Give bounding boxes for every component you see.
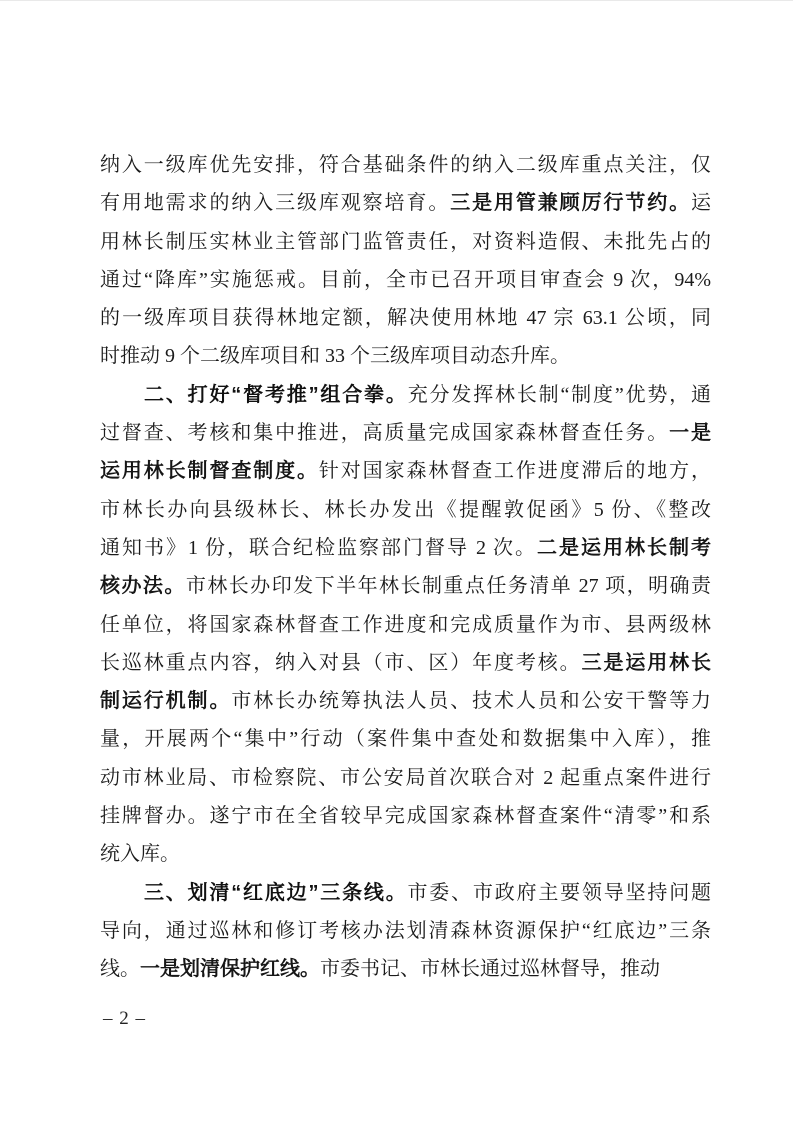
text-line: 纳入一级库优先安排，符合基础条件的纳入二级库重点关注，仅 (100, 146, 711, 184)
text-run: 市林长办印发下半年林长制重点任务清单 27 项，明确责 (186, 575, 711, 597)
text-run: 市林长办向县级林长、林长办发出《提醒敦促函》5 份、《整改 (100, 499, 711, 521)
emphasis-run: 运用林长制督查制度。 (100, 460, 319, 482)
text-run: 用林长制压实林业主管部门监管责任，对资料造假、未批先占的 (100, 231, 711, 253)
text-run: 纳入一级库优先安排，符合基础条件的纳入二级库重点关注，仅 (100, 154, 711, 176)
text-line: 统入库。 (100, 835, 711, 873)
text-line: 任单位，将国家森林督查工作进度和完成质量作为市、县两级林 (100, 606, 711, 644)
section-heading-run: 三、划清“红底边”三条线。 (144, 882, 408, 904)
emphasis-run: 一是 (669, 422, 711, 444)
text-line: 制运行机制。市林长办统筹执法人员、技术人员和公安干警等力 (100, 682, 711, 720)
emphasis-run: 制运行机制。 (100, 690, 231, 712)
text-run: 的一级库项目获得林地定额，解决使用林地 47 宗 63.1 公顷，同 (100, 307, 711, 329)
text-run: 长巡林重点内容，纳入对县（市、区）年度考核。 (100, 652, 582, 674)
text-run: 线。 (100, 958, 140, 980)
text-run: 时推动 9 个二级库项目和 33 个三级库项目动态升库。 (100, 345, 570, 367)
text-line: 线。一是划清保护红线。市委书记、市林长通过巡林督导，推动 (100, 950, 711, 988)
text-line: 量，开展两个“集中”行动（案件集中查处和数据集中入库），推 (100, 720, 711, 758)
text-run: 挂牌督办。遂宁市在全省较早完成国家森林督查案件“清零”和系 (100, 805, 711, 827)
text-run: 任单位，将国家森林督查工作进度和完成质量作为市、县两级林 (100, 614, 711, 636)
text-line: 用林长制压实林业主管部门监管责任，对资料造假、未批先占的 (100, 223, 711, 261)
text-run: 通知书》1 份，联合纪检监察部门督导 2 次。 (100, 537, 537, 559)
paragraph: 三、划清“红底边”三条线。市委、市政府主要领导坚持问题导向，通过巡林和修订考核办… (100, 874, 711, 989)
text-line: 核办法。市林长办印发下半年林长制重点任务清单 27 项，明确责 (100, 567, 711, 605)
text-run: 市林长办统筹执法人员、技术人员和公安干警等力 (231, 690, 711, 712)
document-page: 纳入一级库优先安排，符合基础条件的纳入二级库重点关注，仅有用地需求的纳入三级库观… (0, 0, 793, 1122)
section-heading-run: 二、打好“督考推”组合拳。 (144, 384, 408, 406)
text-line: 时推动 9 个二级库项目和 33 个三级库项目动态升库。 (100, 337, 711, 375)
text-line: 二、打好“督考推”组合拳。充分发挥林长制“制度”优势，通 (100, 376, 711, 414)
text-line: 挂牌督办。遂宁市在全省较早完成国家森林督查案件“清零”和系 (100, 797, 711, 835)
text-run: 量，开展两个“集中”行动（案件集中查处和数据集中入库），推 (100, 728, 711, 750)
page-number: – 2 – (103, 1006, 146, 1032)
text-line: 过督查、考核和集中推进，高质量完成国家森林督查任务。一是 (100, 414, 711, 452)
text-run: 市委书记、市林长通过巡林督导，推动 (320, 958, 660, 980)
text-run: 过督查、考核和集中推进，高质量完成国家森林督查任务。 (100, 422, 669, 444)
text-run: 市委、市政府主要领导坚持问题 (408, 882, 712, 904)
emphasis-run: 三是用管兼顾厉行节约。 (450, 192, 691, 214)
emphasis-run: 一是划清保护红线。 (140, 958, 320, 980)
paragraph: 纳入一级库优先安排，符合基础条件的纳入二级库重点关注，仅有用地需求的纳入三级库观… (100, 146, 711, 376)
text-run: 针对国家森林督查工作进度滞后的地方， (319, 460, 711, 482)
text-run: 动市林业局、市检察院、市公安局首次联合对 2 起重点案件进行 (100, 767, 711, 789)
text-line: 长巡林重点内容，纳入对县（市、区）年度考核。三是运用林长 (100, 644, 711, 682)
text-line: 动市林业局、市检察院、市公安局首次联合对 2 起重点案件进行 (100, 759, 711, 797)
text-line: 通知书》1 份，联合纪检监察部门督导 2 次。二是运用林长制考 (100, 529, 711, 567)
text-run: 导向，通过巡林和修订考核办法划清森林资源保护“红底边”三条 (100, 920, 711, 942)
emphasis-run: 核办法。 (100, 575, 186, 597)
text-run: 运 (691, 192, 711, 214)
text-line: 市林长办向县级林长、林长办发出《提醒敦促函》5 份、《整改 (100, 491, 711, 529)
text-line: 导向，通过巡林和修订考核办法划清森林资源保护“红底边”三条 (100, 912, 711, 950)
paragraph: 二、打好“督考推”组合拳。充分发挥林长制“制度”优势，通过督查、考核和集中推进，… (100, 376, 711, 874)
text-line: 通过“降库”实施惩戒。目前，全市已召开项目审查会 9 次，94% (100, 261, 711, 299)
document-body: 纳入一级库优先安排，符合基础条件的纳入二级库重点关注，仅有用地需求的纳入三级库观… (100, 146, 711, 989)
text-run: 有用地需求的纳入三级库观察培育。 (100, 192, 450, 214)
emphasis-run: 三是运用林长 (582, 652, 711, 674)
text-line: 有用地需求的纳入三级库观察培育。三是用管兼顾厉行节约。运 (100, 184, 711, 222)
text-run: 统入库。 (100, 843, 180, 865)
text-run: 充分发挥林长制“制度”优势，通 (408, 384, 711, 406)
text-run: 通过“降库”实施惩戒。目前，全市已召开项目审查会 9 次，94% (100, 269, 711, 291)
emphasis-run: 二是运用林长制考 (537, 537, 711, 559)
text-line: 运用林长制督查制度。针对国家森林督查工作进度滞后的地方， (100, 452, 711, 490)
text-line: 三、划清“红底边”三条线。市委、市政府主要领导坚持问题 (100, 874, 711, 912)
text-line: 的一级库项目获得林地定额，解决使用林地 47 宗 63.1 公顷，同 (100, 299, 711, 337)
